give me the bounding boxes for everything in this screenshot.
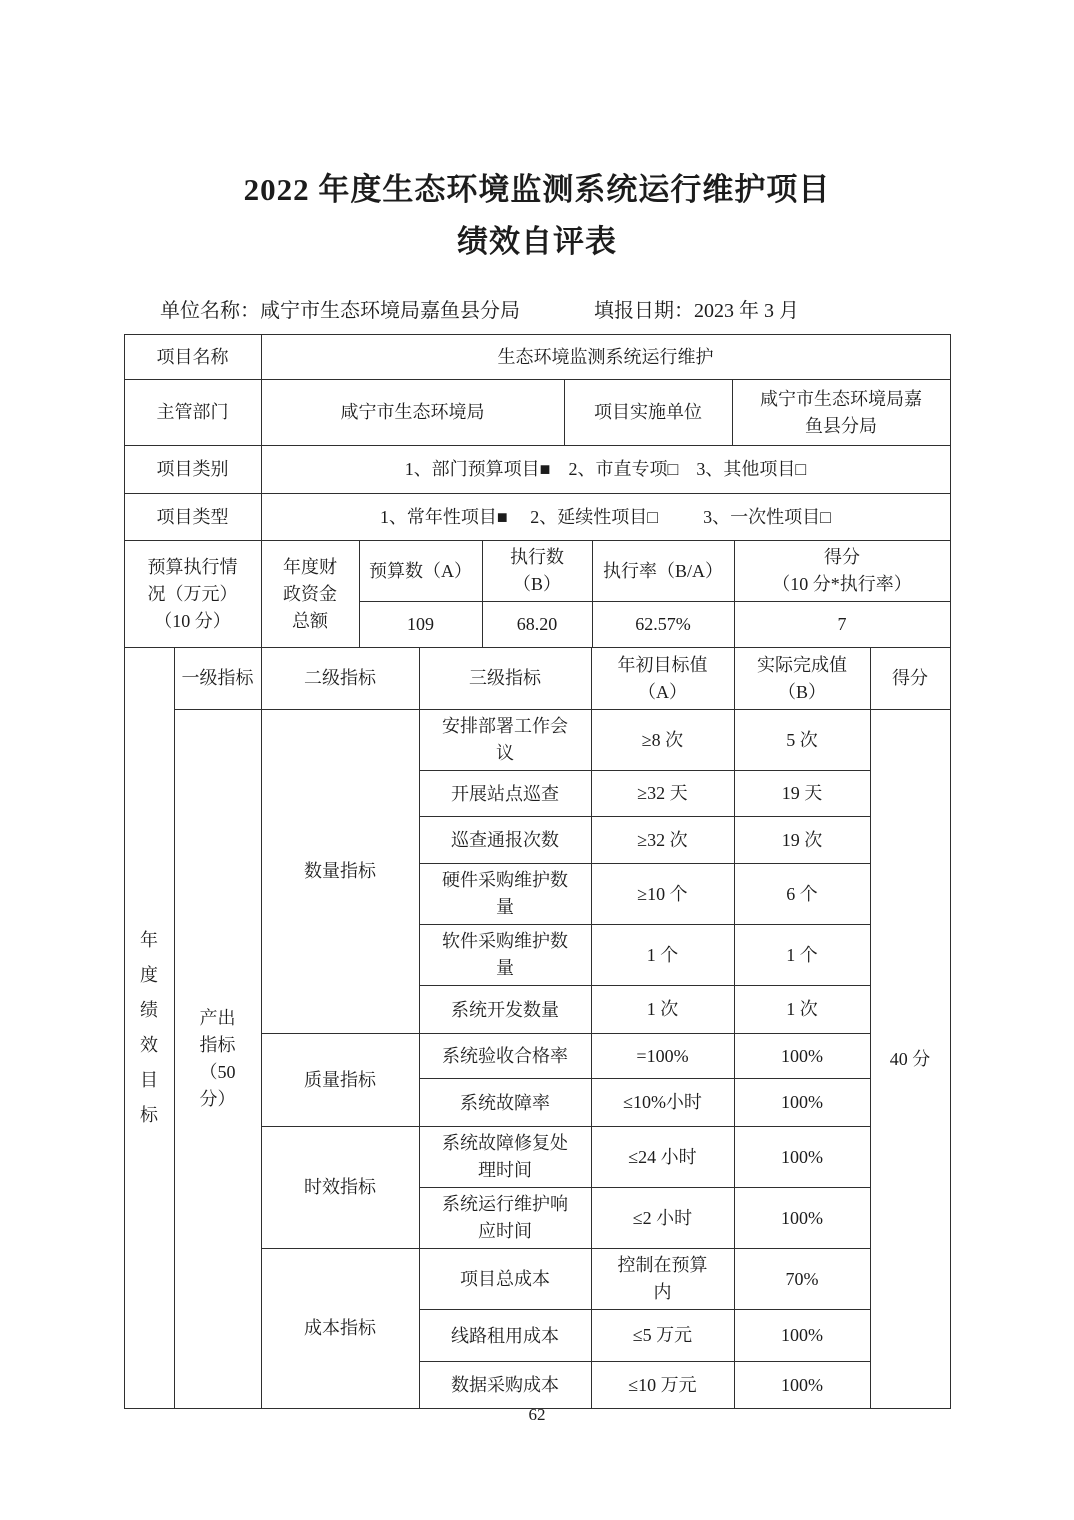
indicator-target: ≤10 万元 [591,1362,734,1409]
category-options: 1、部门预算项目■ 2、市直专项□ 3、其他项目□ [261,446,950,494]
category-label: 项目类别 [124,446,261,494]
total-score-value: 40 分 [870,710,950,1409]
level3-header: 三级指标 [419,648,591,710]
report-date-value: 2023 年 3 月 [694,300,799,322]
annual-goal-label: 年度绩效目标 [124,648,174,1409]
indicator-name: 系统故障修复处理时间 [419,1127,591,1188]
meta-line: 单位名称：咸宁市生态环境局嘉鱼县分局填报日期：2023 年 3 月 [0,298,1074,324]
budget-score-value: 7 [734,602,950,648]
indicator-actual: 100% [734,1362,870,1409]
level1-value: 产出指标（50 分） [174,710,261,1409]
indicator-actual: 6 个 [734,864,870,925]
type-label: 项目类型 [124,494,261,541]
exec-b-header: 执行数 （B） [482,541,592,602]
indicator-actual: 1 次 [734,986,870,1034]
indicator-actual: 100% [734,1079,870,1127]
type-options: 1、常年性项目■ 2、延续性项目□ 3、一次性项目□ [261,494,950,541]
unit-name-label: 单位名称： [160,300,260,322]
table-row: 项目类型 1、常年性项目■ 2、延续性项目□ 3、一次性项目□ [124,494,950,541]
indicator-target: ≥32 天 [591,771,734,817]
indicator-name: 开展站点巡查 [419,771,591,817]
table-row: 主管部门 咸宁市生态环境局 项目实施单位 咸宁市生态环境局嘉鱼县分局 [124,380,950,446]
indicator-actual: 100% [734,1034,870,1079]
indicator-name: 系统运行维护响应时间 [419,1188,591,1249]
table-row: 项目名称 生态环境监测系统运行维护 [124,335,950,380]
indicator-target: =100% [591,1034,734,1079]
actual-header: 实际完成值 （B） [734,648,870,710]
indicator-actual: 100% [734,1310,870,1362]
document-title-line1: 2022 年度生态环境监测系统运行维护项目 [0,168,1074,212]
indicators-table: 年度绩效目标 一级指标 二级指标 三级指标 年初目标值 （A） 实际完成值 （B… [124,647,951,1409]
fund-total-label: 年度财政资金总额 [261,541,359,648]
page-number: 62 [0,1405,1074,1425]
impl-unit-value: 咸宁市生态环境局嘉鱼县分局 [732,380,950,446]
indicator-target: ≤5 万元 [591,1310,734,1362]
table-row: 项目类别 1、部门预算项目■ 2、市直专项□ 3、其他项目□ [124,446,950,494]
project-info-table: 项目名称 生态环境监测系统运行维护 主管部门 咸宁市生态环境局 项目实施单位 咸… [124,334,951,541]
group-quantity: 数量指标 [261,710,419,1034]
indicator-name: 安排部署工作会议 [419,710,591,771]
indicator-name: 软件采购维护数量 [419,925,591,986]
project-name-value: 生态环境监测系统运行维护 [261,335,950,380]
exec-rate-header: 执行率（B/A） [592,541,734,602]
indicator-name: 数据采购成本 [419,1362,591,1409]
indicator-actual: 19 天 [734,771,870,817]
table-row: 年度绩效目标 一级指标 二级指标 三级指标 年初目标值 （A） 实际完成值 （B… [124,648,950,710]
group-timeliness: 时效指标 [261,1127,419,1249]
score-header: 得分 [870,648,950,710]
budget-a-value: 109 [359,602,482,648]
indicator-actual: 1 个 [734,925,870,986]
indicator-target: 控制在预算内 [591,1249,734,1310]
indicator-target: ≥8 次 [591,710,734,771]
impl-unit-label: 项目实施单位 [564,380,732,446]
unit-name-value: 咸宁市生态环境局嘉鱼县分局 [260,300,520,322]
indicator-actual: 100% [734,1188,870,1249]
indicator-name: 系统验收合格率 [419,1034,591,1079]
level2-header: 二级指标 [261,648,419,710]
table-row: 产出指标（50 分） 数量指标 安排部署工作会议 ≥8 次 5 次 40 分 [124,710,950,771]
indicator-name: 巡查通报次数 [419,817,591,864]
indicator-target: ≤10%小时 [591,1079,734,1127]
budget-a-header: 预算数（A） [359,541,482,602]
indicator-name: 系统开发数量 [419,986,591,1034]
budget-score-header: 得分 （10 分*执行率） [734,541,950,602]
indicator-name: 硬件采购维护数量 [419,864,591,925]
report-date-label: 填报日期： [594,300,694,322]
indicator-target: ≤2 小时 [591,1188,734,1249]
dept-label: 主管部门 [124,380,261,446]
indicator-actual: 19 次 [734,817,870,864]
exec-b-value: 68.20 [482,602,592,648]
project-name-label: 项目名称 [124,335,261,380]
indicator-target: 1 个 [591,925,734,986]
document-page: 2022 年度生态环境监测系统运行维护项目 绩效自评表 单位名称：咸宁市生态环境… [0,0,1074,1520]
dept-value: 咸宁市生态环境局 [261,380,564,446]
group-cost: 成本指标 [261,1249,419,1409]
indicator-name: 系统故障率 [419,1079,591,1127]
indicator-actual: 70% [734,1249,870,1310]
indicator-target: ≤24 小时 [591,1127,734,1188]
indicator-actual: 100% [734,1127,870,1188]
indicator-name: 线路租用成本 [419,1310,591,1362]
indicator-target: 1 次 [591,986,734,1034]
budget-section-label: 预算执行情况（万元）（10 分） [124,541,261,648]
group-quality: 质量指标 [261,1034,419,1127]
document-title-line2: 绩效自评表 [0,220,1074,264]
target-header: 年初目标值 （A） [591,648,734,710]
indicator-actual: 5 次 [734,710,870,771]
indicator-target: ≥32 次 [591,817,734,864]
budget-table: 预算执行情况（万元）（10 分） 年度财政资金总额 预算数（A） 执行数 （B）… [124,540,951,648]
level1-header: 一级指标 [174,648,261,710]
indicator-target: ≥10 个 [591,864,734,925]
table-row: 预算执行情况（万元）（10 分） 年度财政资金总额 预算数（A） 执行数 （B）… [124,541,950,602]
exec-rate-value: 62.57% [592,602,734,648]
indicator-name: 项目总成本 [419,1249,591,1310]
